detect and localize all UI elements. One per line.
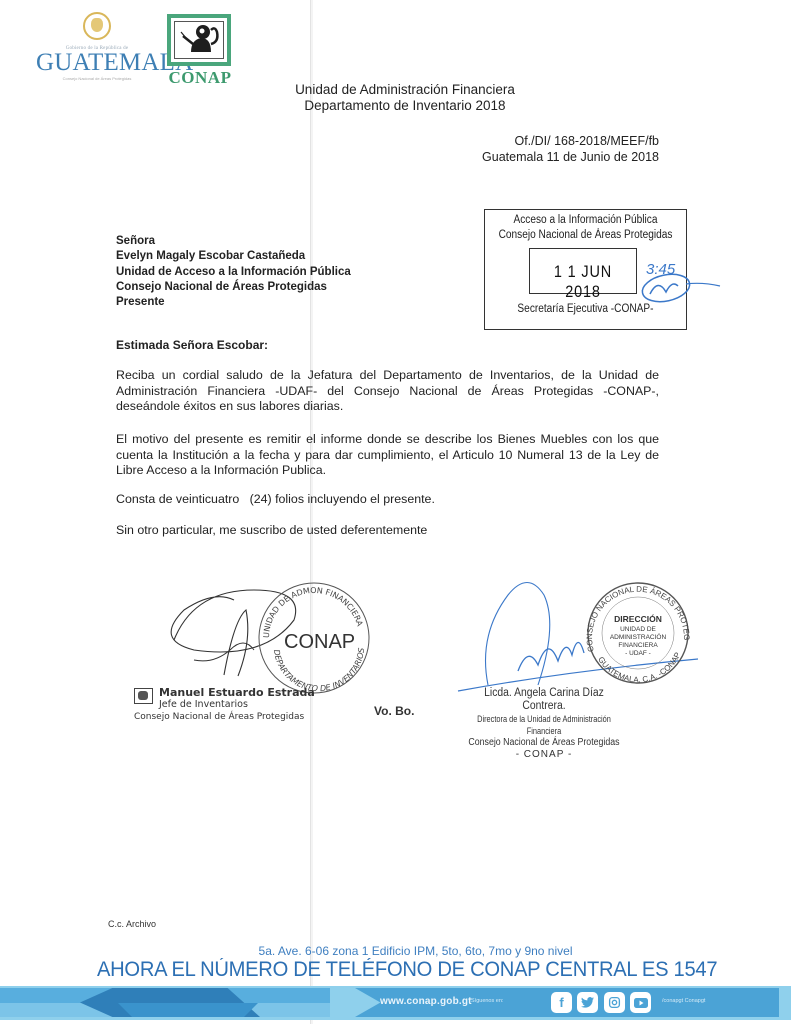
recipient-presente: Presente <box>116 295 351 310</box>
unit-line-1: Unidad de Administración Financiera <box>287 82 523 98</box>
stamp-line-2: Consejo Nacional de Áreas Protegidas <box>497 229 674 241</box>
conap-logo-text: CONAP <box>164 68 236 88</box>
stamp-line-1: Acceso a la Información Pública <box>497 214 674 226</box>
youtube-icon[interactable] <box>630 992 651 1013</box>
salutation: Estimada Señora Escobar: <box>116 338 268 352</box>
recipient-title: Señora <box>116 234 351 249</box>
stamp-date-box: 1 1 JUN 2018 <box>529 248 637 294</box>
svg-text:DIRECCIÓN: DIRECCIÓN <box>614 613 662 624</box>
guatemala-logo-bottom-text: Consejo Nacional de Áreas Protegidas <box>36 76 158 81</box>
signatory-right-org: Consejo Nacional de Áreas Protegidas <box>465 737 623 749</box>
stamp-date: 1 1 JUN 2018 <box>538 262 628 302</box>
follow-label: Síguenos en: <box>471 998 503 1004</box>
unit-line-2: Departamento de Inventario 2018 <box>287 98 523 114</box>
letterhead-unit: Unidad de Administración Financiera Depa… <box>287 82 523 114</box>
footer-band: www.conap.gob.gt Síguenos en: f /conapgt… <box>0 986 791 1020</box>
signature-left: UNIDAD DE ADMON FINANCIERA DEPARTAMENTO … <box>134 580 394 700</box>
facebook-icon[interactable]: f <box>551 992 572 1013</box>
vobo-label: Vo. Bo. <box>374 704 414 718</box>
conap-mini-logo-icon <box>134 688 153 704</box>
recipient-org: Consejo Nacional de Áreas Protegidas <box>116 280 351 295</box>
twitter-icon[interactable] <box>577 992 598 1013</box>
signatory-right-role: Directora de la Unidad de Administración… <box>470 713 618 737</box>
body-paragraph-4: Sin otro particular, me suscribo de uste… <box>116 523 659 539</box>
reference-block: Of./DI/ 168-2018/MEEF/fb Guatemala 11 de… <box>482 133 659 165</box>
signatory-right-name: Licda. Angela Carina Díaz Contrera. <box>463 687 625 713</box>
social-handle: /conapgt Conapgt <box>662 998 705 1004</box>
recipient-block: Señora Evelyn Magaly Escobar Castañeda U… <box>116 234 351 310</box>
svg-text:ADMINISTRACIÓN: ADMINISTRACIÓN <box>610 632 667 641</box>
conap-logo: CONAP <box>164 14 236 88</box>
signatory-right: Licda. Angela Carina Díaz Contrera. Dire… <box>454 687 634 761</box>
reference-number: Of./DI/ 168-2018/MEEF/fb <box>482 133 659 149</box>
instagram-icon[interactable] <box>604 992 625 1013</box>
footer-phone-notice: AHORA EL NÚMERO DE TELÉFONO DE CONAP CEN… <box>97 958 717 982</box>
footer-address: 5a. Ave. 6-06 zona 1 Edificio IPM, 5to, … <box>0 944 791 958</box>
page-fold-shadow <box>311 0 313 1024</box>
cc-archive: C.c. Archivo <box>108 919 156 929</box>
signature-right: CONSEJO NACIONAL DE ÁREAS PROTEGIDAS GUA… <box>448 575 698 695</box>
guatemala-logo-name: GUATEMALA <box>36 51 158 75</box>
svg-text:- UDAF -: - UDAF - <box>625 650 651 657</box>
monkey-icon <box>177 22 223 58</box>
signatory-right-abbr: - CONAP - <box>454 749 634 761</box>
website-link[interactable]: www.conap.gob.gt <box>380 996 472 1007</box>
svg-text:FINANCIERA: FINANCIERA <box>618 642 658 649</box>
handwritten-initials-icon: 3:45 <box>636 252 726 312</box>
svg-text:CONAP: CONAP <box>284 631 355 653</box>
recipient-unit: Unidad de Acceso a la Información Públic… <box>116 265 351 280</box>
signatory-left-name: Manuel Estuardo Estrada <box>159 686 315 699</box>
svg-text:UNIDAD DE: UNIDAD DE <box>620 626 656 633</box>
signatory-left: Manuel Estuardo Estrada Jefe de Inventar… <box>134 686 315 723</box>
body-paragraph-1: Reciba un cordial saludo de la Jefatura … <box>116 368 659 415</box>
recipient-name: Evelyn Magaly Escobar Castañeda <box>116 249 351 264</box>
signatory-left-org: Consejo Nacional de Áreas Protegidas <box>134 711 315 723</box>
body-paragraph-2: El motivo del presente es remitir el inf… <box>116 432 659 479</box>
guatemala-logo: Gobierno de la República de GUATEMALA Co… <box>36 10 158 90</box>
coat-of-arms-icon <box>79 10 115 44</box>
place-date: Guatemala 11 de Junio de 2018 <box>482 149 659 165</box>
signatory-left-role: Jefe de Inventarios <box>159 699 315 711</box>
body-paragraph-3: Consta de veinticuatro (24) folios inclu… <box>116 492 659 508</box>
